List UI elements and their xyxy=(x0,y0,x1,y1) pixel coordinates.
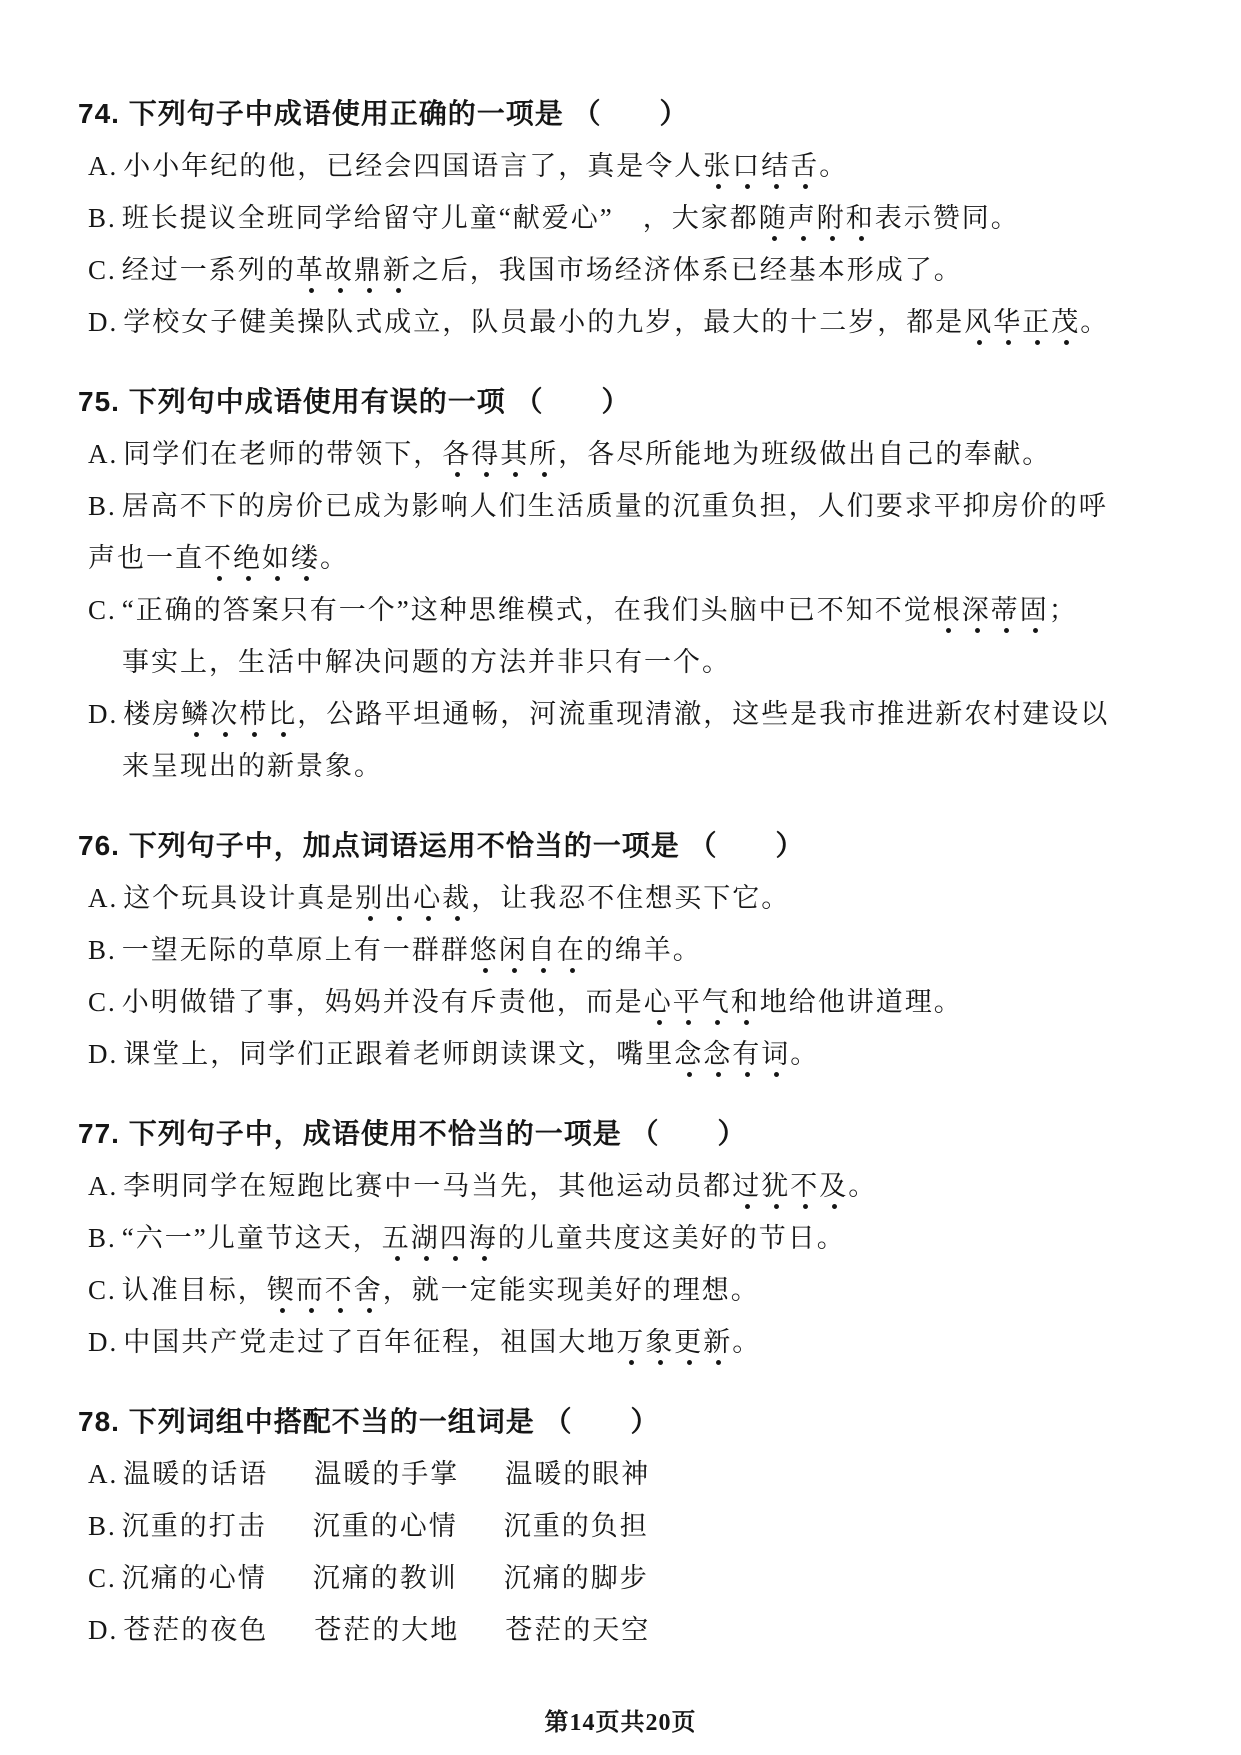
option-line: A.同学们在老师的带领下，各得其所，各尽所能地为班级做出自己的奉献。 xyxy=(88,428,1203,480)
option-label: B. xyxy=(88,935,117,965)
text-segment: 一望无际的草原上有一群群 xyxy=(122,935,470,965)
option-column: 沉痛的心情 xyxy=(122,1563,267,1593)
emphasized-idiom: 念念有词 xyxy=(674,1039,790,1078)
option-line: C.“正确的答案只有一个”这种思维模式，在我们头脑中已不知不觉根深蒂固； xyxy=(88,584,1203,636)
option-line: B.沉重的打击沉重的心情沉重的负担 xyxy=(88,1500,1203,1552)
option-column: 苍茫的天空 xyxy=(505,1615,650,1645)
option-column: 沉重的心情 xyxy=(313,1511,458,1541)
text-segment: 中国共产党走过了百年征程，祖国大地 xyxy=(123,1327,616,1357)
option-column: 苍茫的夜色 xyxy=(123,1615,268,1645)
option-line: D.楼房鳞次栉比，公路平坦通畅，河流重现清澈，这些是我市推进新农村建设以 xyxy=(88,688,1203,740)
option-label: C. xyxy=(88,987,117,1017)
text-segment: 。 xyxy=(790,1039,819,1069)
text-segment: 小明做错了事，妈妈并没有斥责他，而是 xyxy=(122,987,644,1017)
text-segment: 的儿童共度这美好的节日。 xyxy=(498,1223,846,1253)
text-segment: ，就一定能实现美好的理想。 xyxy=(383,1275,760,1305)
text-segment: 楼房 xyxy=(123,699,181,729)
text-segment: 。 xyxy=(732,1327,761,1357)
text-segment: 。 xyxy=(819,151,848,181)
option-label: A. xyxy=(88,1459,118,1489)
emphasized-idiom: 各得其所 xyxy=(442,439,558,478)
text-segment: 李明同学在短跑比赛中一马当先，其他运动员都 xyxy=(123,1171,732,1201)
question-block: 76. 下列句子中，加点词语运用不恰当的一项是 （ ）A.这个玩具设计真是别出心… xyxy=(78,820,1203,1080)
option-label: C. xyxy=(88,595,117,625)
text-segment: 这个玩具设计真是 xyxy=(123,883,355,913)
option-label: A. xyxy=(88,439,118,469)
questions-container: 74. 下列句子中成语使用正确的一项是 （ ）A.小小年纪的他，已经会四国语言了… xyxy=(78,88,1203,1656)
option-column: 沉重的打击 xyxy=(122,1511,267,1541)
text-segment: 课堂上，同学们正跟着老师朗读课文，嘴里 xyxy=(123,1039,674,1069)
emphasized-idiom: 别出心裁 xyxy=(355,883,471,922)
option-line: C.认准目标，锲而不舍，就一定能实现美好的理想。 xyxy=(88,1264,1203,1316)
option-line: 事实上，生活中解决问题的方法并非只有一个。 xyxy=(88,636,1203,688)
option-line: C.经过一系列的革故鼎新之后，我国市场经济体系已经基本形成了。 xyxy=(88,244,1203,296)
emphasized-idiom: 根深蒂固 xyxy=(933,595,1049,634)
page-footer: 第14页共20页 xyxy=(0,1702,1241,1737)
question-title: 77. 下列句子中，成语使用不恰当的一项是 （ ） xyxy=(78,1108,1203,1160)
question-block: 78. 下列词组中搭配不当的一组词是 （ ）A.温暖的话语温暖的手掌温暖的眼神B… xyxy=(78,1396,1203,1656)
text-segment: 班长提议全班同学给留守儿童“献爱心” ，大家都 xyxy=(122,203,759,233)
option-line: A.这个玩具设计真是别出心裁，让我忍不住想买下它。 xyxy=(88,872,1203,924)
text-segment: 来呈现出的新景象。 xyxy=(122,751,383,781)
emphasized-idiom: 锲而不舍 xyxy=(267,1275,383,1314)
text-segment: 之后，我国市场经济体系已经基本形成了。 xyxy=(412,255,963,285)
option-line: A.温暖的话语温暖的手掌温暖的眼神 xyxy=(88,1448,1203,1500)
text-segment: 。 xyxy=(1080,307,1109,337)
option-line: B.居高不下的房价已成为影响人们生活质量的沉重负担，人们要求平抑房价的呼 xyxy=(88,480,1203,532)
emphasized-idiom: 万象更新 xyxy=(616,1327,732,1366)
emphasized-idiom: 过犹不及 xyxy=(732,1171,848,1210)
text-segment: 地给他讲道理。 xyxy=(760,987,963,1017)
emphasized-idiom: 不绝如缕 xyxy=(204,543,320,582)
option-line: C.小明做错了事，妈妈并没有斥责他，而是心平气和地给他讲道理。 xyxy=(88,976,1203,1028)
option-label: B. xyxy=(88,1223,117,1253)
text-segment: 。 xyxy=(848,1171,877,1201)
page-number-text: 第14页共20页 xyxy=(545,1710,697,1736)
option-line: C.沉痛的心情沉痛的教训沉痛的脚步 xyxy=(88,1552,1203,1604)
option-label: C. xyxy=(88,1275,117,1305)
emphasized-idiom: 随声附和 xyxy=(759,203,875,242)
question-title: 74. 下列句子中成语使用正确的一项是 （ ） xyxy=(78,88,1203,140)
option-label: D. xyxy=(88,1327,118,1357)
text-segment: 学校女子健美操队式成立，队员最小的九岁，最大的十二岁，都是 xyxy=(123,307,964,337)
text-segment: 事实上，生活中解决问题的方法并非只有一个。 xyxy=(122,647,731,677)
option-column: 温暖的眼神 xyxy=(505,1459,650,1489)
option-label: B. xyxy=(88,491,117,521)
text-segment: 同学们在老师的带领下， xyxy=(123,439,442,469)
option-label: A. xyxy=(88,883,118,913)
question-title: 78. 下列词组中搭配不当的一组词是 （ ） xyxy=(78,1396,1203,1448)
option-label: D. xyxy=(88,307,118,337)
option-line: A.李明同学在短跑比赛中一马当先，其他运动员都过犹不及。 xyxy=(88,1160,1203,1212)
text-segment: ； xyxy=(1049,595,1078,625)
question-title: 76. 下列句子中，加点词语运用不恰当的一项是 （ ） xyxy=(78,820,1203,872)
option-column: 温暖的话语 xyxy=(123,1459,268,1489)
option-column: 沉痛的教训 xyxy=(313,1563,458,1593)
text-segment: ，让我忍不住想买下它。 xyxy=(471,883,790,913)
option-label: A. xyxy=(88,151,118,181)
option-column: 沉痛的脚步 xyxy=(504,1563,649,1593)
option-line: 声也一直不绝如缕。 xyxy=(88,532,1203,584)
option-line: D.中国共产党走过了百年征程，祖国大地万象更新。 xyxy=(88,1316,1203,1368)
emphasized-idiom: 五湖四海 xyxy=(382,1223,498,1262)
text-segment: ，公路平坦通畅，河流重现清澈，这些是我市推进新农村建设以 xyxy=(297,699,1109,729)
text-segment: 认准目标， xyxy=(122,1275,267,1305)
option-column: 温暖的手掌 xyxy=(314,1459,459,1489)
option-line: B.“六一”儿童节这天，五湖四海的儿童共度这美好的节日。 xyxy=(88,1212,1203,1264)
emphasized-idiom: 心平气和 xyxy=(644,987,760,1026)
option-label: D. xyxy=(88,1039,118,1069)
text-segment: 表示赞同。 xyxy=(875,203,1020,233)
text-segment: 的绵羊。 xyxy=(586,935,702,965)
text-segment: 居高不下的房价已成为影响人们生活质量的沉重负担，人们要求平抑房价的呼 xyxy=(122,491,1108,521)
option-line: B.班长提议全班同学给留守儿童“献爱心” ，大家都随声附和表示赞同。 xyxy=(88,192,1203,244)
option-label: D. xyxy=(88,699,118,729)
option-label: A. xyxy=(88,1171,118,1201)
emphasized-idiom: 革故鼎新 xyxy=(296,255,412,294)
question-title: 75. 下列句中成语使用有误的一项 （ ） xyxy=(78,376,1203,428)
emphasized-idiom: 悠闲自在 xyxy=(470,935,586,974)
emphasized-idiom: 鳞次栉比 xyxy=(181,699,297,738)
emphasized-idiom: 张口结舌 xyxy=(703,151,819,190)
text-segment: 经过一系列的 xyxy=(122,255,296,285)
option-label: C. xyxy=(88,255,117,285)
option-line: 来呈现出的新景象。 xyxy=(88,740,1203,792)
text-segment: 声也一直 xyxy=(88,543,204,573)
option-label: B. xyxy=(88,1511,117,1541)
option-label: D. xyxy=(88,1615,118,1645)
question-block: 74. 下列句子中成语使用正确的一项是 （ ）A.小小年纪的他，已经会四国语言了… xyxy=(78,88,1203,348)
option-column: 苍茫的大地 xyxy=(314,1615,459,1645)
text-segment: ，各尽所能地为班级做出自己的奉献。 xyxy=(558,439,1051,469)
text-segment: “正确的答案只有一个”这种思维模式，在我们头脑中已不知不觉 xyxy=(122,595,933,625)
option-line: D.苍茫的夜色苍茫的大地苍茫的天空 xyxy=(88,1604,1203,1656)
text-segment: “六一”儿童节这天， xyxy=(122,1223,382,1253)
question-block: 77. 下列句子中，成语使用不恰当的一项是 （ ）A.李明同学在短跑比赛中一马当… xyxy=(78,1108,1203,1368)
option-line: D.课堂上，同学们正跟着老师朗读课文，嘴里念念有词。 xyxy=(88,1028,1203,1080)
option-line: D.学校女子健美操队式成立，队员最小的九岁，最大的十二岁，都是风华正茂。 xyxy=(88,296,1203,348)
option-line: B.一望无际的草原上有一群群悠闲自在的绵羊。 xyxy=(88,924,1203,976)
text-segment: 。 xyxy=(320,543,349,573)
option-line: A.小小年纪的他，已经会四国语言了，真是令人张口结舌。 xyxy=(88,140,1203,192)
option-label: C. xyxy=(88,1563,117,1593)
option-column: 沉重的负担 xyxy=(504,1511,649,1541)
question-block: 75. 下列句中成语使用有误的一项 （ ）A.同学们在老师的带领下，各得其所，各… xyxy=(78,376,1203,792)
exam-document-page: 74. 下列句子中成语使用正确的一项是 （ ）A.小小年纪的他，已经会四国语言了… xyxy=(0,0,1241,1755)
option-label: B. xyxy=(88,203,117,233)
text-segment: 小小年纪的他，已经会四国语言了，真是令人 xyxy=(123,151,703,181)
emphasized-idiom: 风华正茂 xyxy=(964,307,1080,346)
